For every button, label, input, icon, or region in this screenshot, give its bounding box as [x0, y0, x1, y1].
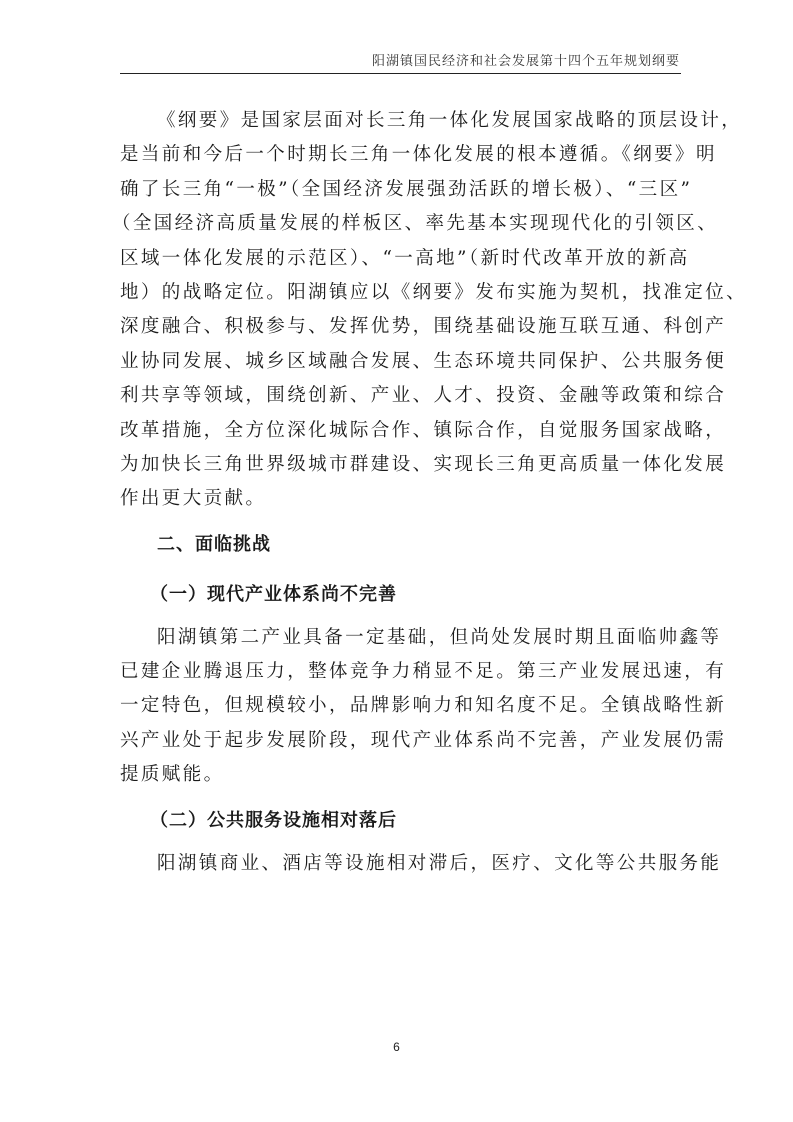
- subsection-heading-industry: （一）现代产业体系尚不完善: [120, 573, 680, 617]
- text-line: 《纲要》是国家层面对长三角一体化发展国家战略的顶层设计，: [120, 104, 680, 138]
- paragraph-strategy: 《纲要》是国家层面对长三角一体化发展国家战略的顶层设计， 是当前和今后一个时期长…: [120, 104, 680, 517]
- running-header: 阳湖镇国民经济和社会发展第十四个五年规划纲要: [120, 50, 680, 72]
- text-line: 确了长三角“一极”（全国经济发展强劲活跃的增长极）、“三区”: [120, 173, 680, 207]
- text-line: 已建企业腾退压力，整体竞争力稍显不足。第三产业发展迅速，有: [120, 655, 680, 689]
- text-line: 地）的战略定位。阳湖镇应以《纲要》发布实施为契机，找准定位、: [120, 276, 680, 310]
- subsection-heading-public-services: （二）公共服务设施相对落后: [120, 799, 680, 843]
- text-line: 业协同发展、城乡区域融合发展、生态环境共同保护、公共服务便: [120, 345, 680, 379]
- text-line: 提质赋能。: [120, 758, 680, 792]
- text-line: 利共享等领域，围绕创新、产业、人才、投资、金融等政策和综合: [120, 379, 680, 413]
- text-line: 为加快长三角世界级城市群建设、实现长三角更高质量一体化发展: [120, 448, 680, 482]
- text-line: 改革措施，全方位深化城际合作、镇际合作，自觉服务国家战略，: [120, 414, 680, 448]
- section-heading-challenges: 二、面临挑战: [120, 523, 680, 567]
- text-line: （全国经济高质量发展的样板区、率先基本实现现代化的引领区、: [112, 207, 680, 241]
- text-line: 阳湖镇商业、酒店等设施相对滞后，医疗、文化等公共服务能: [120, 847, 680, 881]
- text-line: 区域一体化发展的示范区）、“一高地”（新时代改革开放的新高: [120, 242, 680, 276]
- paragraph-public-services: 阳湖镇商业、酒店等设施相对滞后，医疗、文化等公共服务能: [120, 847, 680, 881]
- text-line: 兴产业处于起步发展阶段，现代产业体系尚不完善，产业发展仍需: [120, 724, 680, 758]
- text-line: 深度融合、积极参与、发挥优势，围绕基础设施互联互通、科创产: [120, 310, 680, 344]
- document-body: 《纲要》是国家层面对长三角一体化发展国家战略的顶层设计， 是当前和今后一个时期长…: [120, 104, 680, 881]
- paragraph-industry: 阳湖镇第二产业具备一定基础，但尚处发展时期且面临帅鑫等 已建企业腾退压力，整体竞…: [120, 621, 680, 793]
- text-line: 是当前和今后一个时期长三角一体化发展的根本遵循。《纲要》明: [120, 138, 680, 172]
- page-number: 6: [0, 1040, 793, 1054]
- text-line: 作出更大贡献。: [120, 482, 680, 516]
- text-line: 阳湖镇第二产业具备一定基础，但尚处发展时期且面临帅鑫等: [120, 621, 680, 655]
- header-divider: [120, 73, 681, 74]
- text-line: 一定特色，但规模较小，品牌影响力和知名度不足。全镇战略性新: [120, 689, 680, 723]
